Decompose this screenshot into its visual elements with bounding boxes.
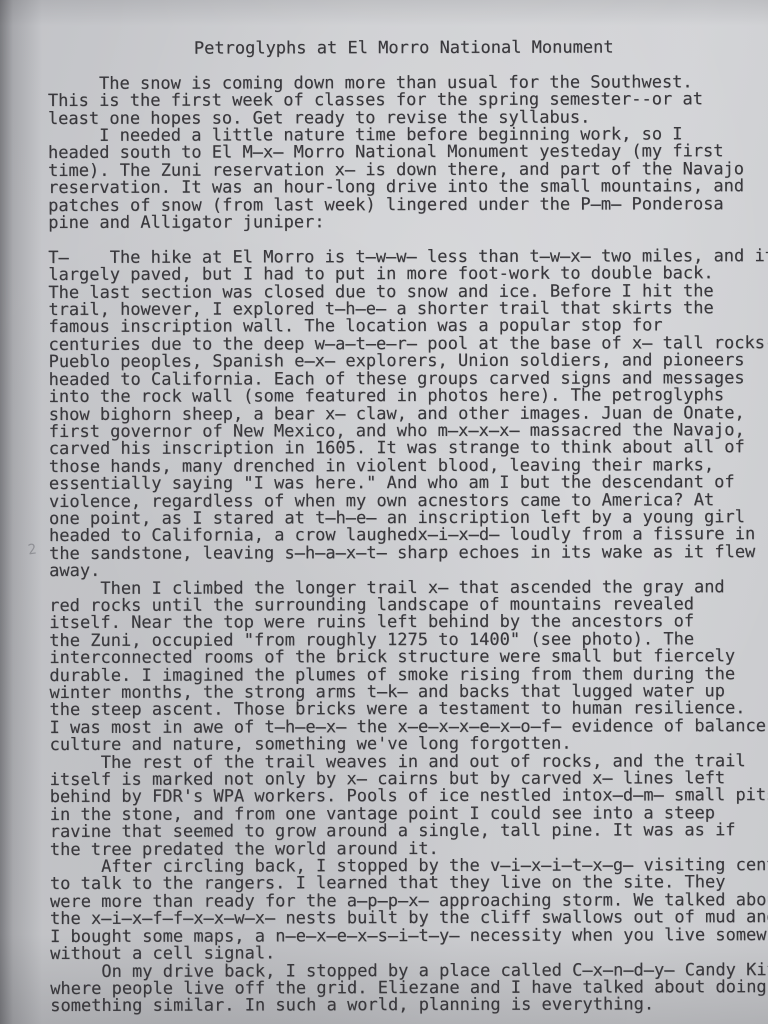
paragraph-visiting-center-rangers: After circling back, I stopped by the v̶…	[50, 857, 768, 963]
paragraph-trail-cairns-ravine: The rest of the trail weaves in and out …	[50, 753, 768, 859]
typewritten-page: 2 Petroglyphs at El Morro National Monum…	[0, 0, 768, 1024]
document-body: Petroglyphs at El Morro National Monumen…	[48, 39, 768, 1016]
faint-margin-mark: 2	[27, 541, 38, 558]
paragraph-candy-kitchen: On my drive back, I stopped by a place c…	[50, 962, 768, 1016]
paragraph-hike-inscription-wall: T̶ The hike at El Morro is t̶w̶w̶ less t…	[48, 248, 768, 581]
paragraph-longer-trail-ruins: Then I climbed the longer trail x̶ that …	[49, 579, 768, 755]
paragraph-snow-intro: The snow is coming down more than usual …	[48, 74, 768, 128]
document-title: Petroglyphs at El Morro National Monumen…	[48, 39, 760, 58]
paragraph-drive-to-el-morro: I needed a little nature time before beg…	[48, 126, 768, 232]
